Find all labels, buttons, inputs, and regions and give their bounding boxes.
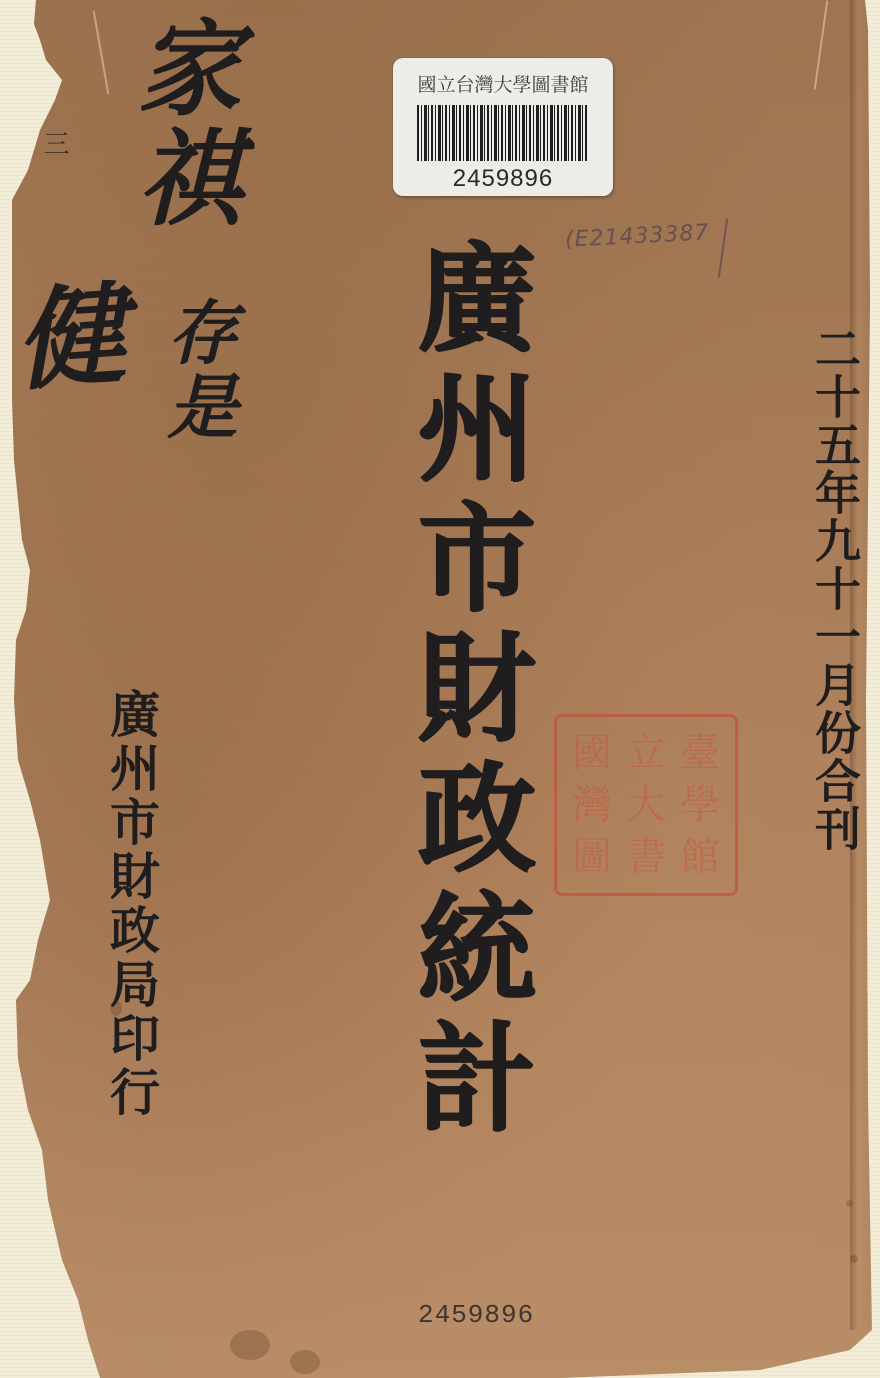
seal-character: 館 [673, 831, 727, 883]
handwritten-owner-name: 家祺 [128, 14, 232, 234]
seal-character: 圖 [565, 831, 619, 883]
barcode-number: 2459896 [453, 165, 553, 193]
stamped-accession-number: 2459896 [418, 1300, 534, 1330]
seal-character: 臺 [673, 727, 727, 779]
seal-character: 灣 [565, 779, 619, 831]
seal-character: 國 [565, 727, 619, 779]
library-barcode-label: 國立台灣大學圖書館 2459896 [393, 58, 613, 196]
library-name: 國立台灣大學圖書館 [417, 70, 588, 97]
barcode-icon [417, 105, 589, 161]
paper-crack [814, 0, 829, 89]
paper-stain [290, 1350, 320, 1374]
book-title: 廣州市財政統計 [408, 236, 526, 1146]
library-seal-stamp: 國 立 臺 灣 大 學 圖 書 館 [554, 714, 738, 896]
paper-stain [850, 1255, 858, 1263]
seal-character: 大 [619, 779, 673, 831]
seal-character: 學 [673, 779, 727, 831]
paper-stain [846, 1200, 853, 1207]
publisher-line: 廣州市財政局印行 [106, 688, 156, 1120]
handwritten-inscription: 存是 [162, 296, 232, 444]
seal-character: 書 [619, 831, 673, 883]
paper-crack [93, 10, 110, 94]
handwritten-signature: 健 [2, 276, 119, 393]
pencil-mark: 三 [36, 130, 73, 156]
seal-character: 立 [619, 727, 673, 779]
issue-date-note: 二十五年九十一月份合刊 [812, 325, 858, 853]
paper-stain [230, 1330, 270, 1360]
